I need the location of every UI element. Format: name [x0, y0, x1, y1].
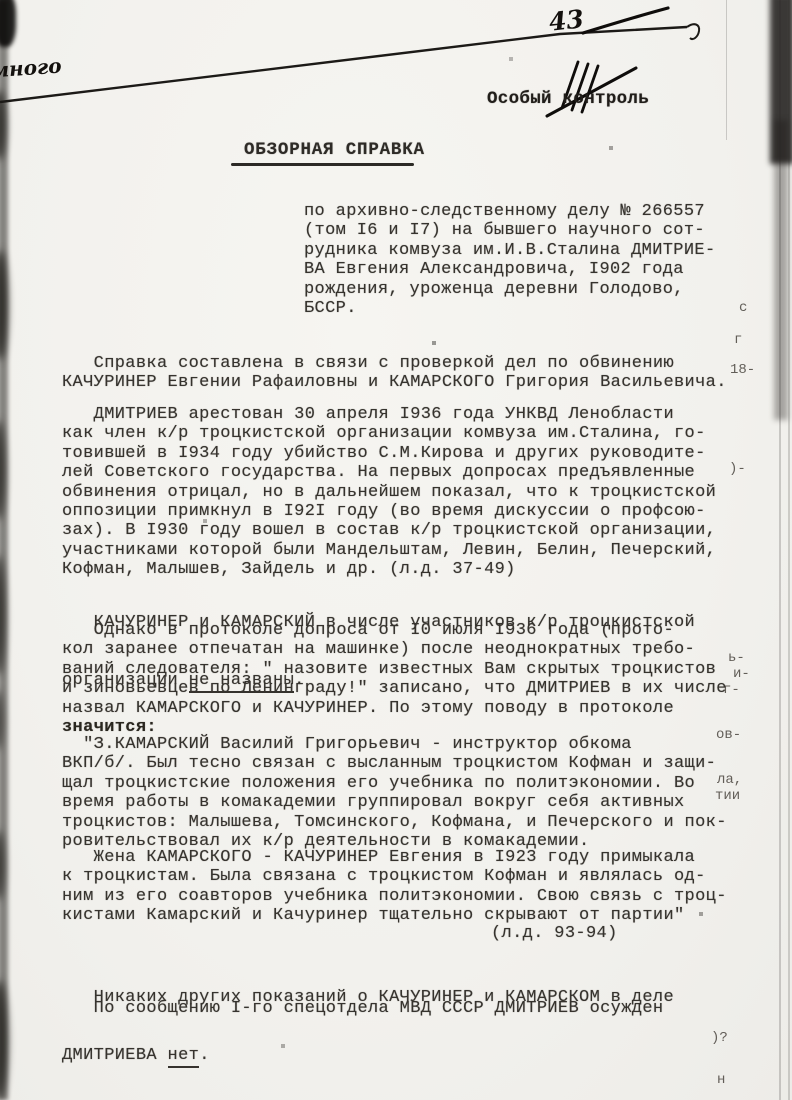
- special-control-stamp: Особый контроль: [487, 89, 649, 109]
- bleed-through-fragment: тии: [715, 788, 740, 804]
- text-line: ДМИТРИЕВА нет.: [62, 1046, 747, 1065]
- scan-corner-blob: [0, 0, 16, 47]
- document-title: ОБЗОРНАЯ СПРАВКА: [244, 140, 425, 160]
- paragraph-convicted: По сообщению I-го спецотдела МВД СССР ДМ…: [62, 999, 747, 1018]
- handwritten-margin-note: много: [0, 54, 62, 83]
- paper-specks: [0, 0, 2, 2]
- scanned-document-page: много 43 Особый контроль ОБЗОРНАЯ СПРАВК…: [0, 0, 792, 1100]
- bleed-through-fragment: ов-: [716, 727, 741, 743]
- bleed-through-fragment: н: [717, 1072, 725, 1088]
- paragraph-kamarsky-quote: "З.КАМАРСКИЙ Василий Григорьевич - инстр…: [62, 735, 747, 851]
- checkmark-swoosh: [583, 8, 668, 33]
- paragraph-protocol: Однако в протоколе допроса от I0 июля I9…: [62, 621, 747, 718]
- title-underline: [231, 163, 414, 166]
- page-fold-line: [726, 0, 727, 140]
- page-fold-line: [779, 0, 781, 1100]
- page-fold-line: [788, 0, 790, 1100]
- paragraph-arrest: ДМИТРИЕВ арестован 30 апреля I936 года У…: [62, 405, 747, 580]
- bleed-through-fragment: )-: [729, 461, 746, 477]
- bleed-through-fragment: г: [734, 332, 742, 348]
- scan-shadow-right-tail: [774, 120, 788, 420]
- page-edge-hook: [687, 24, 699, 39]
- bleed-through-fragment: )?: [711, 1030, 728, 1046]
- bleed-through-fragment: с: [739, 300, 747, 316]
- paragraph-purpose: Справка составлена в связи с проверкой д…: [62, 354, 747, 393]
- text-run: ДМИТРИЕВА: [62, 1046, 168, 1065]
- paragraph-no-other-testimony: Никаких других показаний о КАЧУРИНЕР и К…: [62, 949, 747, 1100]
- sheet-reference: (л.д. 93-94): [491, 924, 691, 943]
- text-run: .: [199, 1046, 210, 1065]
- bleed-through-fragment: ь-: [728, 650, 745, 666]
- underlined-text: нет: [168, 1046, 200, 1068]
- handwritten-page-number: 43: [548, 4, 586, 36]
- bleed-through-fragment: г-: [723, 682, 740, 698]
- bleed-through-fragment: 18-: [730, 362, 755, 378]
- case-reference-block: по архивно-следственному делу № 266557 (…: [304, 202, 734, 318]
- paragraph-kachuriner-quote: Жена КАМАРСКОГО - КАЧУРИНЕР Евгения в I9…: [62, 848, 747, 926]
- bleed-through-fragment: и-: [733, 666, 750, 682]
- bleed-through-fragment: ла,: [717, 772, 742, 788]
- scan-shadow-left: [0, 0, 8, 1100]
